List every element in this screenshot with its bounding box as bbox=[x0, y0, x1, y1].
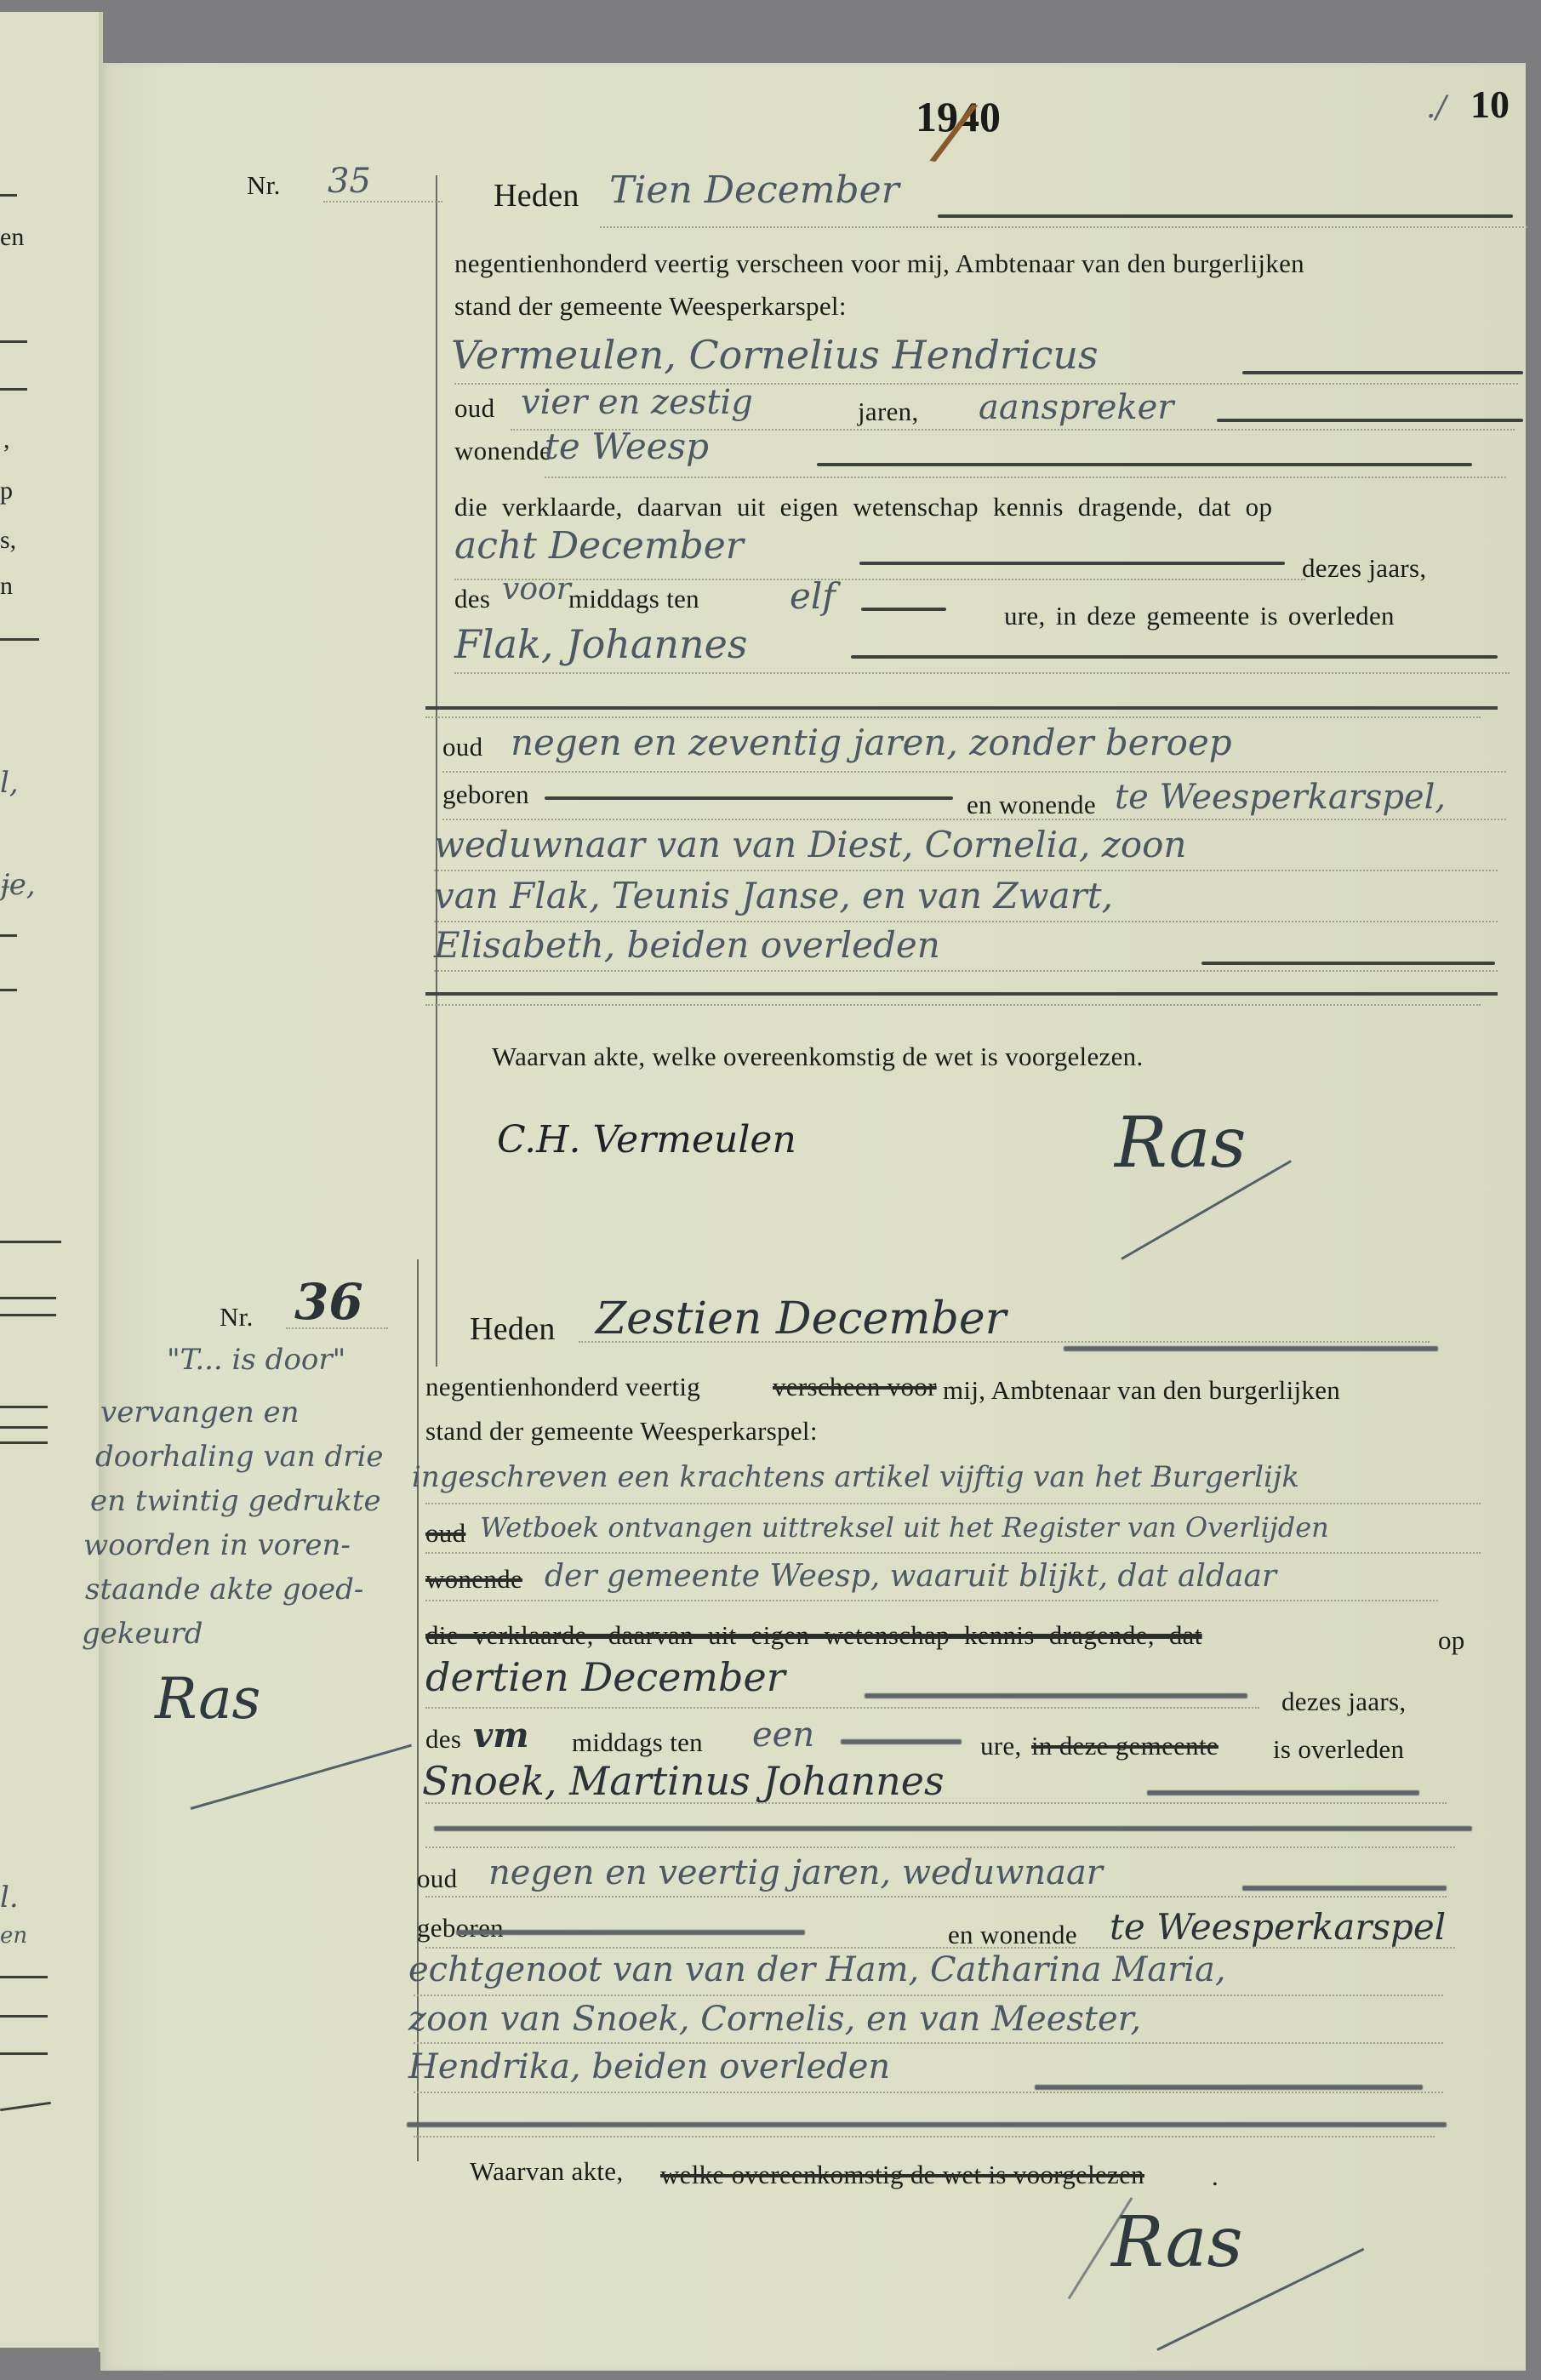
record-36-preamble-suffix: mij, Ambtenaar van den burgerlijken bbox=[943, 1375, 1340, 1406]
left-page-handwriting: en bbox=[0, 1923, 27, 1949]
record-35-separator bbox=[425, 706, 1498, 710]
record-35-deceased-age-dots bbox=[442, 771, 1506, 773]
left-page-handwriting: ɉe, bbox=[0, 868, 36, 902]
record-36-hour-fill bbox=[841, 1739, 962, 1744]
record-35-hour: elf bbox=[790, 575, 836, 617]
page-number: 10 bbox=[1470, 82, 1510, 127]
record-35-time-of-day: voor bbox=[502, 572, 571, 607]
record-35-deceased-fill bbox=[851, 655, 1498, 659]
record-36-waarvan-struck: welke overeenkomstig de wet is voorgelez… bbox=[660, 2160, 1144, 2190]
record-35-detail-line-2: van Flak, Teunis Janse, en van Zwart, bbox=[434, 875, 1113, 916]
left-page-text-fragment: n bbox=[0, 572, 13, 601]
record-36-reg-dots-1 bbox=[425, 1503, 1481, 1504]
record-36-deceased-dots bbox=[425, 1802, 1447, 1804]
left-page-handwriting: l. bbox=[0, 1881, 19, 1915]
record-36-date-fill bbox=[1064, 1346, 1438, 1351]
record-36-reg-dots-2 bbox=[425, 1552, 1481, 1554]
record-35-dezes-jaars: dezes jaars, bbox=[1302, 553, 1426, 584]
record-35-detail-dots-1 bbox=[434, 870, 1498, 871]
record-36-detail-line-1: echtgenoot van van der Ham, Catharina Ma… bbox=[408, 1950, 1226, 1989]
left-page-text-fragment: en bbox=[0, 223, 24, 252]
page-number-annotation: ./ bbox=[1426, 90, 1447, 125]
record-35-deceased: Flak, Johannes bbox=[454, 621, 747, 667]
record-35-declarant-age: vier en zestig bbox=[521, 383, 753, 422]
record-36-age-fill bbox=[1242, 1886, 1447, 1891]
record-35-separator-2 bbox=[425, 992, 1498, 996]
record-35-declarant-occupation: aanspreker bbox=[979, 388, 1173, 427]
record-35-nr-dots bbox=[323, 201, 442, 203]
record-36-nr-dots bbox=[286, 1327, 388, 1329]
record-35-declarant: Vermeulen, Cornelius Hendricus bbox=[451, 332, 1099, 378]
left-page-rule bbox=[0, 1314, 56, 1316]
record-36-verklaarde-struck: die verklaarde, daarvan uit eigen wetens… bbox=[425, 1620, 1202, 1651]
left-page-rule bbox=[0, 1406, 48, 1408]
record-35-birth-dots bbox=[442, 819, 1506, 820]
record-35-residence: te Weesperkarspel, bbox=[1115, 778, 1446, 817]
record-35-oud-label: oud bbox=[454, 393, 494, 424]
left-page-rule bbox=[0, 638, 39, 641]
record-36-nr-label: Nr. bbox=[220, 1302, 254, 1333]
record-36-detail-line-3: Hendrika, beiden overleden bbox=[408, 2047, 890, 2086]
record-35-line-stand: stand der gemeente Weesperkarspel: bbox=[454, 291, 847, 322]
record-36-registration-line-2: Wetboek ontvangen uittreksel uit het Reg… bbox=[480, 1511, 1329, 1544]
record-35-line-preamble: negentienhonderd veertig verscheen voor … bbox=[454, 248, 1304, 279]
record-36-death-date-fill bbox=[865, 1693, 1247, 1698]
record-35-birthplace-fill bbox=[545, 796, 953, 800]
record-35-ure-line: ure, in deze gemeente is overleden bbox=[1004, 601, 1395, 631]
record-36-registration-line-3: der gemeente Weesp, waaruit blijkt, dat … bbox=[545, 1559, 1276, 1594]
record-36-waarvan-prefix: Waarvan akte, bbox=[470, 2156, 623, 2187]
record-35-verklaarde-line: die verklaarde, daarvan uit eigen wetens… bbox=[454, 492, 1272, 522]
record-36-separator-2 bbox=[407, 2122, 1447, 2127]
record-35-date-fill bbox=[938, 214, 1513, 218]
record-36-oud-struck: oud bbox=[425, 1518, 465, 1549]
record-36-deceased-age: negen en veertig jaren, weduwnaar bbox=[488, 1853, 1103, 1892]
record-35-death-date-fill bbox=[859, 562, 1285, 565]
record-35-nr: 35 bbox=[328, 162, 371, 201]
record-35-detail-fill bbox=[1201, 962, 1495, 965]
record-36-detail-dots-2 bbox=[414, 2042, 1443, 2044]
record-36-death-date: dertien December bbox=[425, 1654, 785, 1700]
left-page-rule bbox=[0, 340, 27, 343]
record-36-des-label: des bbox=[425, 1724, 461, 1755]
record-36-en-wonende-label: en wonende bbox=[948, 1920, 1077, 1950]
record-35-declarant-residence: te Weesp bbox=[545, 425, 709, 467]
left-page-rule bbox=[0, 2015, 48, 2018]
record-36-death-date-dots bbox=[425, 1707, 1259, 1709]
record-36-margin-signature: Ras bbox=[155, 1666, 260, 1732]
record-36-separator-dots bbox=[425, 1846, 1455, 1848]
record-36-oud-label: oud bbox=[417, 1863, 457, 1894]
record-35-heden-label: Heden bbox=[494, 177, 579, 214]
record-35-death-date: acht December bbox=[454, 524, 744, 568]
record-36-middags-label: middags ten bbox=[572, 1727, 703, 1758]
record-36-margin-note-2: vervangen en bbox=[100, 1395, 300, 1430]
record-35-occupation-fill bbox=[1217, 419, 1523, 422]
record-35-date: Tien December bbox=[609, 168, 899, 212]
left-page-rule bbox=[0, 1441, 48, 1444]
record-36-hour: een bbox=[752, 1715, 814, 1755]
record-35-detail-line-1: weduwnaar van van Diest, Cornelia, zoon bbox=[434, 824, 1186, 865]
record-36-separator bbox=[434, 1826, 1472, 1831]
record-35-des-label: des bbox=[454, 584, 490, 614]
record-36-birthplace-blank bbox=[456, 1930, 805, 1935]
record-36-margin-note-5: woorden in voren- bbox=[83, 1528, 351, 1562]
record-35-waarvan: Waarvan akte, welke overeenkomstig de we… bbox=[492, 1042, 1144, 1072]
record-36-preamble-struck: verscheen voor bbox=[773, 1372, 937, 1402]
record-36-separator-2-dots bbox=[414, 2136, 1435, 2137]
record-36-ure-suffix: is overleden bbox=[1273, 1734, 1404, 1765]
record-36-time-of-day: vm bbox=[473, 1715, 529, 1755]
record-36-detail-dots-1 bbox=[414, 1995, 1443, 1996]
record-36-heden-label: Heden bbox=[470, 1310, 556, 1348]
record-35-deceased-dots bbox=[454, 672, 1510, 674]
record-35-geboren-label: geboren bbox=[442, 779, 529, 810]
left-page-rule bbox=[0, 934, 17, 937]
record-36-detail-dots-3 bbox=[414, 2092, 1443, 2093]
left-page-text-fragment: s, bbox=[0, 526, 16, 555]
record-35-residence-fill bbox=[817, 463, 1472, 466]
record-36-wonende-struck: wonende bbox=[425, 1564, 522, 1595]
record-35-date-dots bbox=[600, 226, 1527, 228]
record-36-detail-fill bbox=[1035, 2085, 1423, 2090]
record-36-margin-note-7: gekeurd bbox=[82, 1617, 203, 1651]
record-35-detail-line-3: Elisabeth, beiden overleden bbox=[434, 924, 940, 966]
record-35-separator-2-dots bbox=[425, 1004, 1481, 1006]
record-36-preamble-prefix: negentienhonderd veertig bbox=[425, 1372, 700, 1402]
record-36-margin-note-6: staande akte goed- bbox=[85, 1572, 363, 1607]
record-36-official-signature: Ras bbox=[1111, 2202, 1243, 2283]
record-36-deceased-fill bbox=[1147, 1790, 1419, 1795]
record-36-ure-struck: in deze gemeente bbox=[1031, 1731, 1219, 1761]
record-36-date: Zestien December bbox=[596, 1293, 1007, 1344]
left-page-rule bbox=[0, 989, 17, 991]
record-35-residence-dots bbox=[545, 477, 1506, 478]
record-35-hour-fill bbox=[861, 608, 946, 611]
record-36-nr: 36 bbox=[294, 1273, 363, 1331]
record-36-residence: te Weesperkarspel bbox=[1110, 1906, 1446, 1948]
left-page-rule bbox=[0, 2052, 48, 2055]
left-page-rule bbox=[0, 388, 27, 391]
record-35-detail-dots-3 bbox=[434, 970, 1498, 972]
record-36-date-dots bbox=[579, 1341, 1430, 1343]
record-35-declarant-fill bbox=[1242, 371, 1523, 374]
record-36-reg-dots-3 bbox=[425, 1600, 1438, 1601]
record-36-waarvan-suffix: . bbox=[1212, 2161, 1219, 2192]
left-page-rule bbox=[0, 1976, 48, 1978]
record-35-wonende-label: wonende bbox=[454, 436, 551, 466]
record-35-middags-label: middags ten bbox=[568, 584, 699, 614]
left-page-rule bbox=[0, 194, 17, 197]
record-35-jaren-label: jaren, bbox=[858, 397, 919, 427]
left-page-rule bbox=[0, 1297, 56, 1299]
left-page-rule bbox=[0, 1426, 48, 1429]
left-page-rule bbox=[0, 1241, 61, 1243]
record-36-margin-note-3: doorhaling van drie bbox=[95, 1440, 384, 1474]
record-36-detail-line-2: zoon van Snoek, Cornelis, en van Meester… bbox=[408, 2000, 1141, 2039]
record-36-op: op bbox=[1438, 1625, 1465, 1656]
record-35-deceased-age: negen en zeventig jaren, zonder beroep bbox=[511, 722, 1232, 763]
record-35-oud-label-2: oud bbox=[442, 732, 482, 762]
record-36-registration-line-1: ingeschreven een krachtens artikel vijft… bbox=[412, 1460, 1299, 1494]
record-35-official-signature: Ras bbox=[1115, 1103, 1247, 1184]
record-36-ure-prefix: ure, bbox=[980, 1731, 1022, 1761]
record-36-line-stand: stand der gemeente Weesperkarspel: bbox=[425, 1416, 818, 1447]
record-35-declarant-signature: C.H. Vermeulen bbox=[497, 1118, 796, 1161]
left-page-text-fragment: p bbox=[0, 477, 13, 505]
record-36-dezes-jaars: dezes jaars, bbox=[1281, 1687, 1406, 1717]
record-36-geboren-label: geboren bbox=[417, 1913, 504, 1943]
record-36-margin-note-1: "T... is door" bbox=[167, 1343, 345, 1377]
record-36-margin-note-4: en twintig gedrukte bbox=[90, 1484, 381, 1518]
left-page-handwriting: l, bbox=[0, 766, 19, 800]
record-36-age-dots bbox=[425, 1896, 1447, 1898]
record-35-nr-label: Nr. bbox=[247, 170, 281, 201]
left-page-edge bbox=[0, 12, 103, 2348]
record-35-death-date-dots bbox=[454, 579, 1305, 580]
record-35-detail-dots-2 bbox=[434, 921, 1498, 922]
left-page-text-fragment: , bbox=[3, 425, 10, 454]
record-36-birth-dots bbox=[425, 1947, 1455, 1949]
margin-divider bbox=[436, 175, 437, 1367]
record-36-deceased: Snoek, Martinus Johannes bbox=[422, 1758, 945, 1804]
record-35-separator-dots bbox=[425, 716, 1481, 718]
record-35-en-wonende-label: en wonende bbox=[967, 790, 1096, 820]
